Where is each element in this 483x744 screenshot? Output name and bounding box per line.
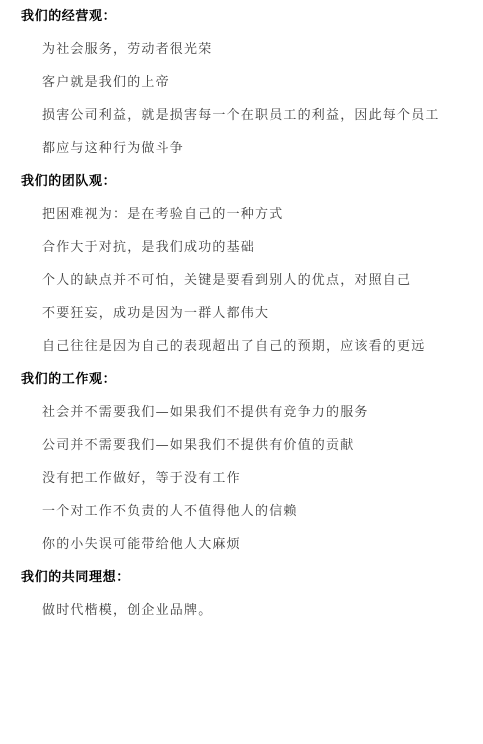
list-item: 不要狂妄，成功是因为一群人都伟大 — [42, 305, 269, 323]
section-heading-team: 我们的团队观： — [21, 173, 116, 191]
list-item: 一个对工作不负责的人不值得他人的信赖 — [42, 503, 298, 521]
list-item: 损害公司利益，就是损害每一个在职员工的利益，因此每个员工 — [42, 107, 440, 125]
list-item: 把困难视为：是在考验自己的一种方式 — [42, 206, 283, 224]
list-item: 做时代楷模，创企业品牌。 — [42, 602, 212, 620]
list-item: 客户就是我们的上帝 — [42, 74, 170, 92]
list-item: 你的小失误可能带给他人大麻烦 — [42, 536, 241, 554]
list-item: 合作大于对抗，是我们成功的基础 — [42, 239, 255, 257]
section-heading-ideal: 我们的共同理想： — [21, 569, 130, 587]
list-item: 社会并不需要我们—如果我们不提供有竞争力的服务 — [42, 404, 369, 422]
list-item: 个人的缺点并不可怕，关键是要看到别人的优点，对照自己 — [42, 272, 411, 290]
list-item: 都应与这种行为做斗争 — [42, 140, 184, 158]
section-heading-work: 我们的工作观： — [21, 371, 116, 389]
list-item: 公司并不需要我们—如果我们不提供有价值的贡献 — [42, 437, 354, 455]
list-item: 为社会服务，劳动者很光荣 — [42, 41, 212, 59]
list-item: 自己往往是因为自己的表现超出了自己的预期，应该看的更远 — [42, 338, 425, 356]
section-heading-business: 我们的经营观： — [21, 8, 116, 26]
list-item: 没有把工作做好，等于没有工作 — [42, 470, 241, 488]
